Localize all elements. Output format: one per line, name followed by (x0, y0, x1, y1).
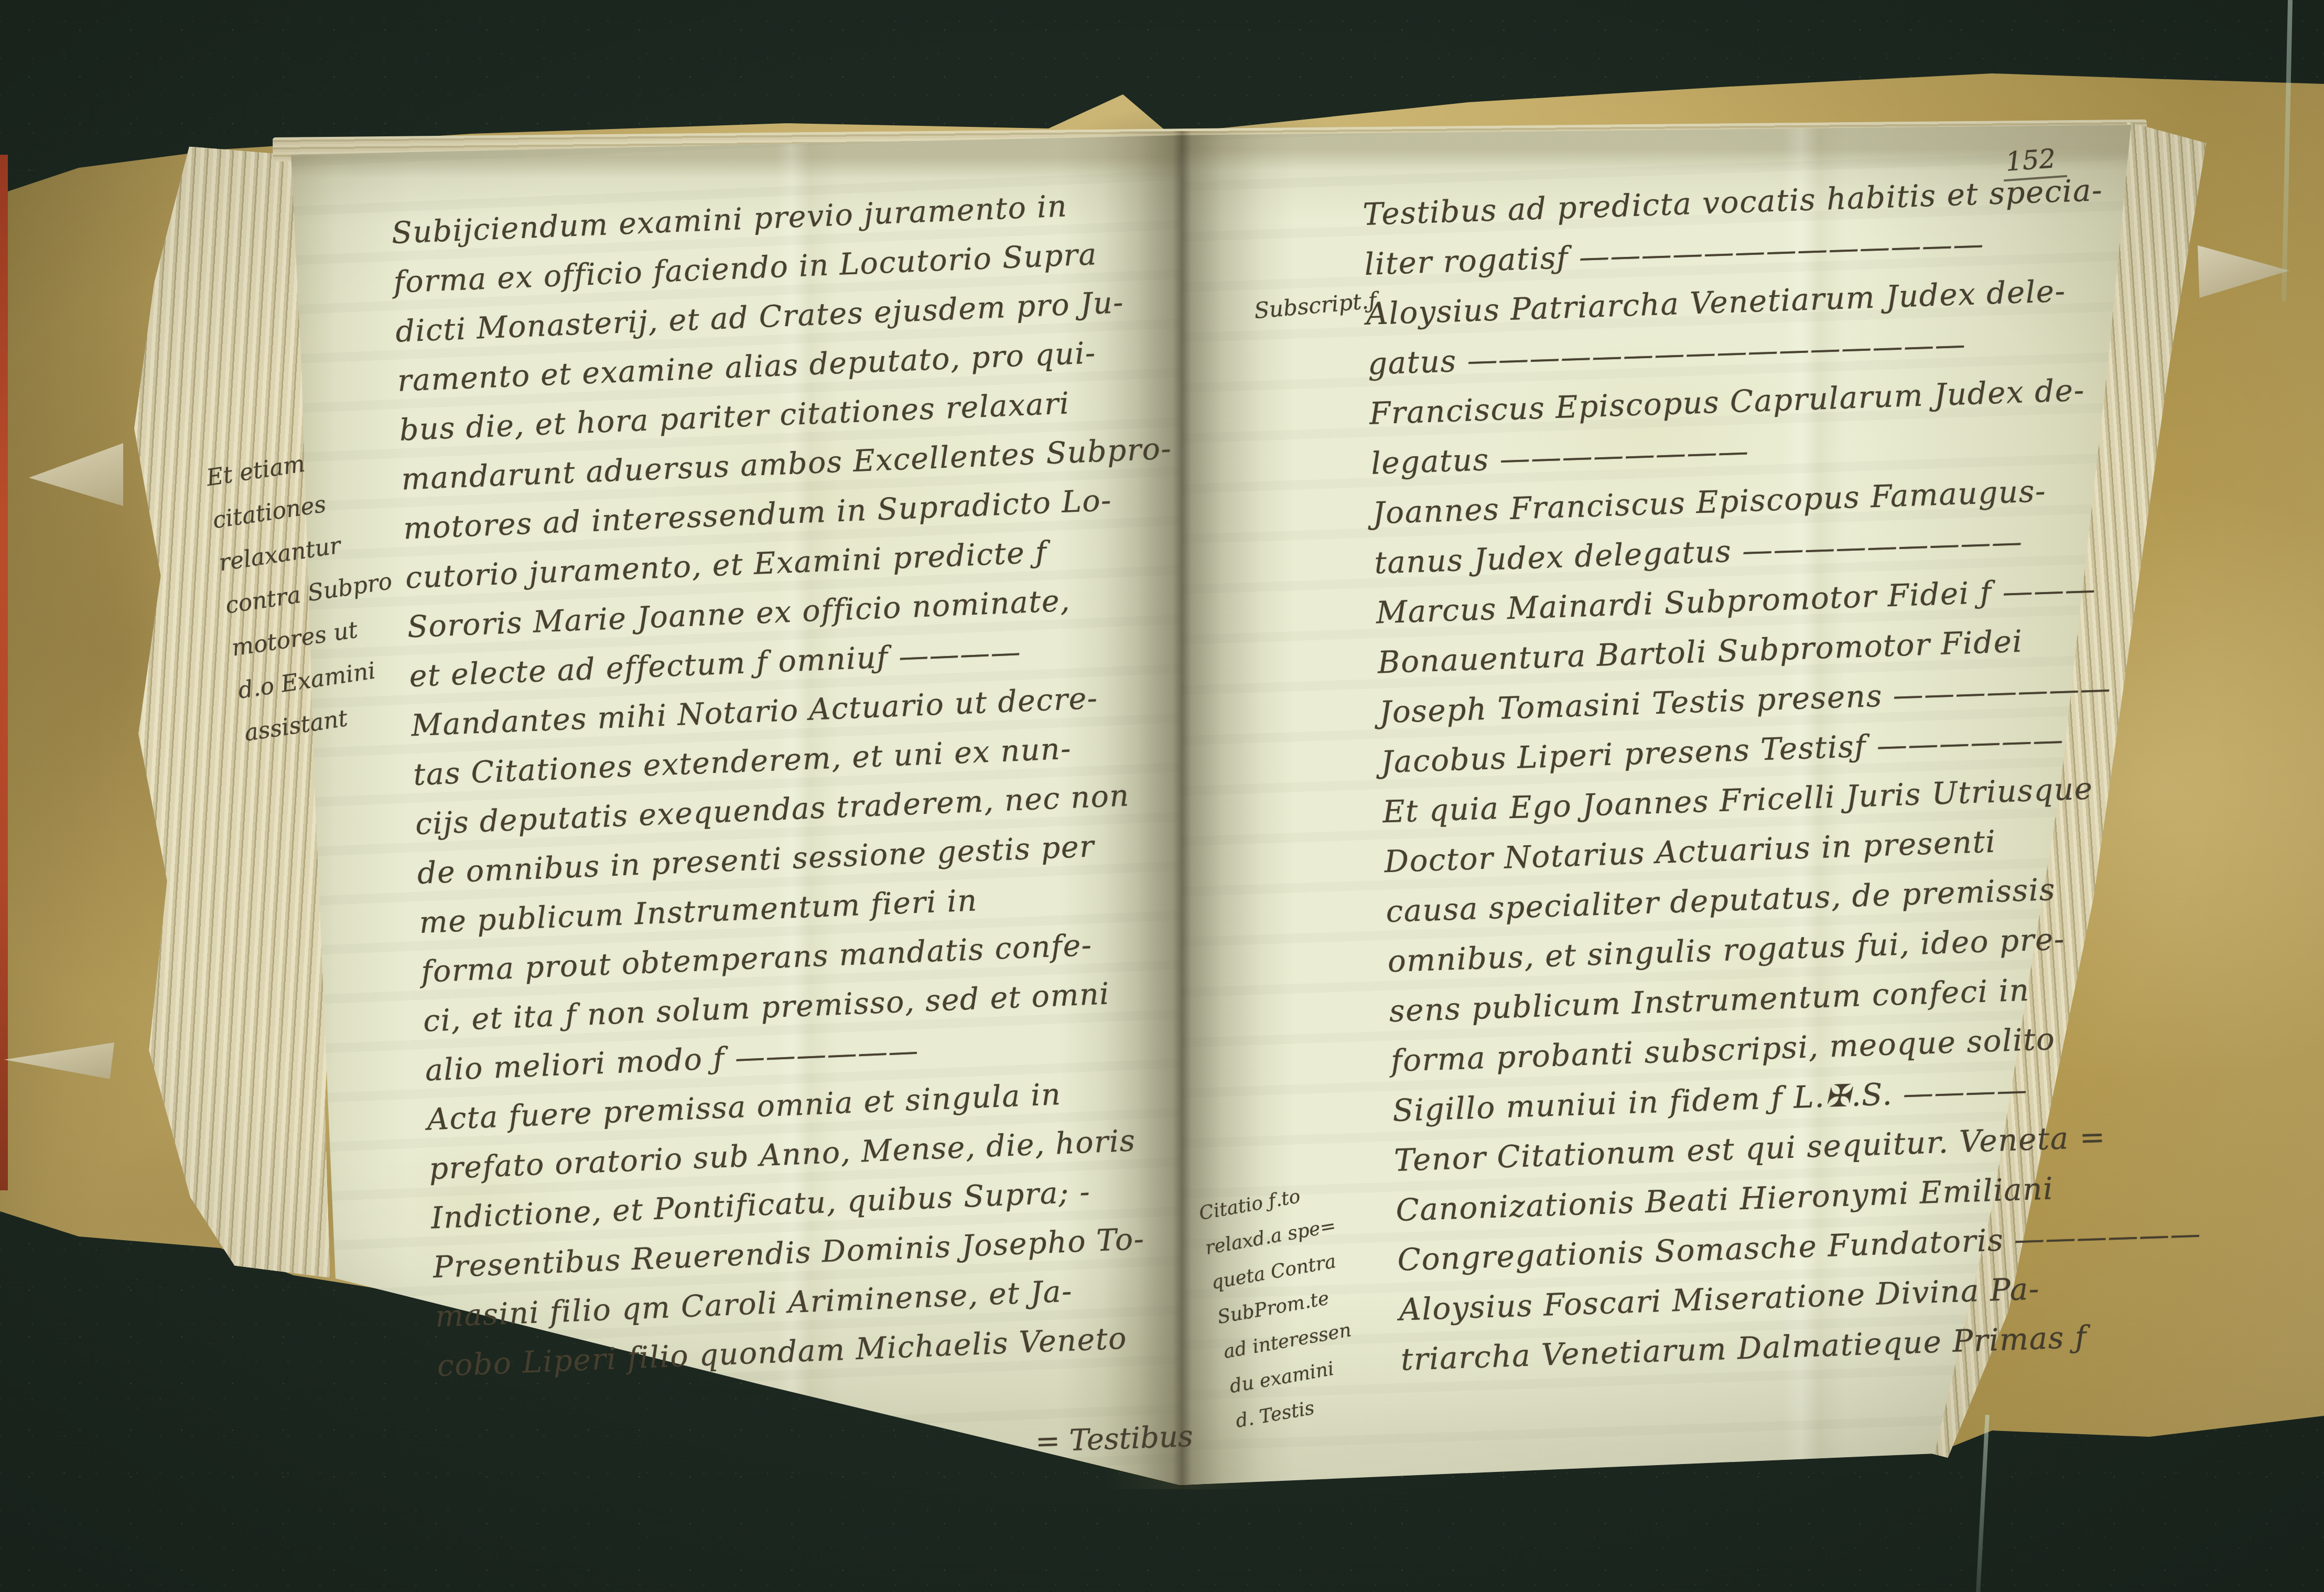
manuscript-photo: Et etiam citationes relaxantur contra Su… (0, 0, 2324, 1592)
right-page-text: Testibus ad predicta vocatis habitis et … (1362, 163, 2206, 1385)
red-fore-edge-strip (0, 155, 8, 1190)
catchword: = Testibus (1035, 1419, 1194, 1459)
left-page-text: Subijciendum examini previo juramento in… (391, 178, 1208, 1391)
